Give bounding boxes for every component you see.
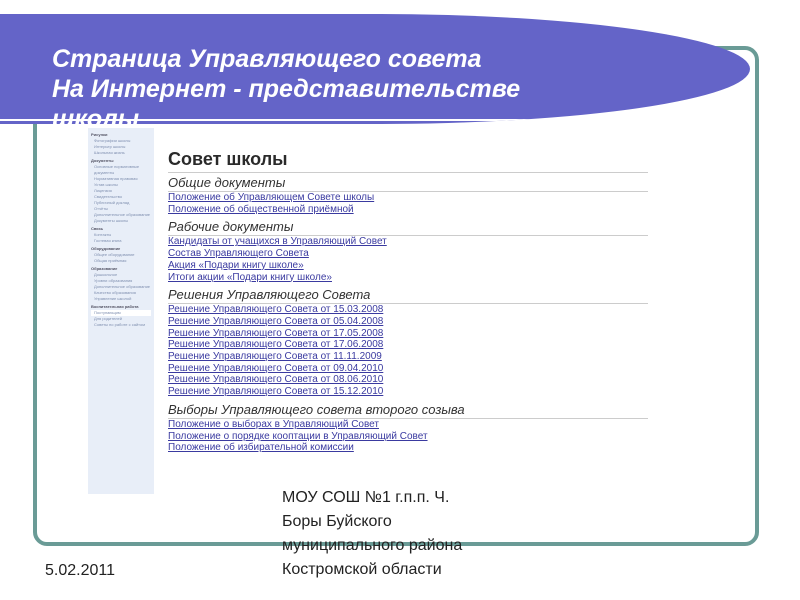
site-sidebar: РисункиФотографии школыИнтерьер школыШко… — [88, 128, 154, 494]
sidebar-item[interactable]: Общая приёмная — [91, 258, 151, 264]
footer-organization: МОУ СОШ №1 г.п.п. Ч. Боры Буйского муниц… — [282, 486, 542, 582]
document-link[interactable]: Акция «Подари книгу школе» — [168, 260, 648, 272]
document-link[interactable]: Решение Управляющего Совета от 15.12.201… — [168, 386, 648, 398]
document-link[interactable]: Решение Управляющего Совета от 17.05.200… — [168, 328, 648, 340]
title-banner: Страница Управляющего совета На Интернет… — [0, 14, 750, 124]
site-content: Совет школы Общие документыПоложение об … — [168, 128, 648, 494]
sidebar-item[interactable]: Документы школы — [91, 218, 151, 224]
slide-date: 5.02.2011 — [45, 562, 115, 580]
document-link[interactable]: Положение о порядке кооптации в Управляю… — [168, 431, 648, 443]
title-line-1: Страница Управляющего совета — [52, 44, 750, 74]
section-heading: Выборы Управляющего совета второго созыв… — [168, 402, 648, 419]
section-heading: Рабочие документы — [168, 219, 648, 236]
document-link[interactable]: Положение о выборах в Управляющий Совет — [168, 419, 648, 431]
content-section: Решения Управляющего СоветаРешение Управ… — [168, 287, 648, 398]
content-section: Общие документыПоложение об Управляющем … — [168, 175, 648, 215]
sidebar-item[interactable]: Управление школой — [91, 296, 151, 302]
document-link[interactable]: Решение Управляющего Совета от 15.03.200… — [168, 304, 648, 316]
document-link[interactable]: Итоги акции «Подари книгу школе» — [168, 272, 648, 284]
banner-divider — [0, 119, 560, 121]
document-link[interactable]: Положение об общественной приёмной — [168, 204, 648, 216]
document-link[interactable]: Решение Управляющего Совета от 17.06.200… — [168, 339, 648, 351]
sidebar-item[interactable]: Основные нормативные документы — [91, 164, 151, 176]
document-link[interactable]: Положение об Управляющем Совете школы — [168, 192, 648, 204]
sidebar-item[interactable]: Советы по работе с сайтом — [91, 322, 151, 328]
document-link[interactable]: Решение Управляющего Совета от 05.04.200… — [168, 316, 648, 328]
org-line: МОУ СОШ №1 г.п.п. Ч. — [282, 486, 542, 510]
section-heading: Решения Управляющего Совета — [168, 287, 648, 304]
org-line: Боры Буйского — [282, 510, 542, 534]
website-screenshot: РисункиФотографии школыИнтерьер школыШко… — [88, 128, 648, 494]
org-line: Костромской области — [282, 558, 542, 582]
sidebar-item[interactable]: Гостевая книга — [91, 238, 151, 244]
document-link[interactable]: Состав Управляющего Совета — [168, 248, 648, 260]
document-link[interactable]: Положение об избирательной комиссии — [168, 442, 648, 454]
content-section: Рабочие документыКандидаты от учащихся в… — [168, 219, 648, 283]
page-title: Совет школы — [168, 148, 648, 173]
sidebar-item[interactable]: Школьная жизнь — [91, 150, 151, 156]
slide-title: Страница Управляющего совета На Интернет… — [52, 44, 750, 124]
document-link[interactable]: Решение Управляющего Совета от 08.06.201… — [168, 374, 648, 386]
org-line: муниципального района — [282, 534, 542, 558]
document-link[interactable]: Решение Управляющего Совета от 09.04.201… — [168, 363, 648, 375]
title-line-3: школы — [52, 104, 750, 124]
document-link[interactable]: Решение Управляющего Совета от 11.11.200… — [168, 351, 648, 363]
section-heading: Общие документы — [168, 175, 648, 192]
document-link[interactable]: Кандидаты от учащихся в Управляющий Сове… — [168, 236, 648, 248]
content-section: Выборы Управляющего совета второго созыв… — [168, 402, 648, 454]
title-line-2: На Интернет - представительстве — [52, 74, 750, 104]
